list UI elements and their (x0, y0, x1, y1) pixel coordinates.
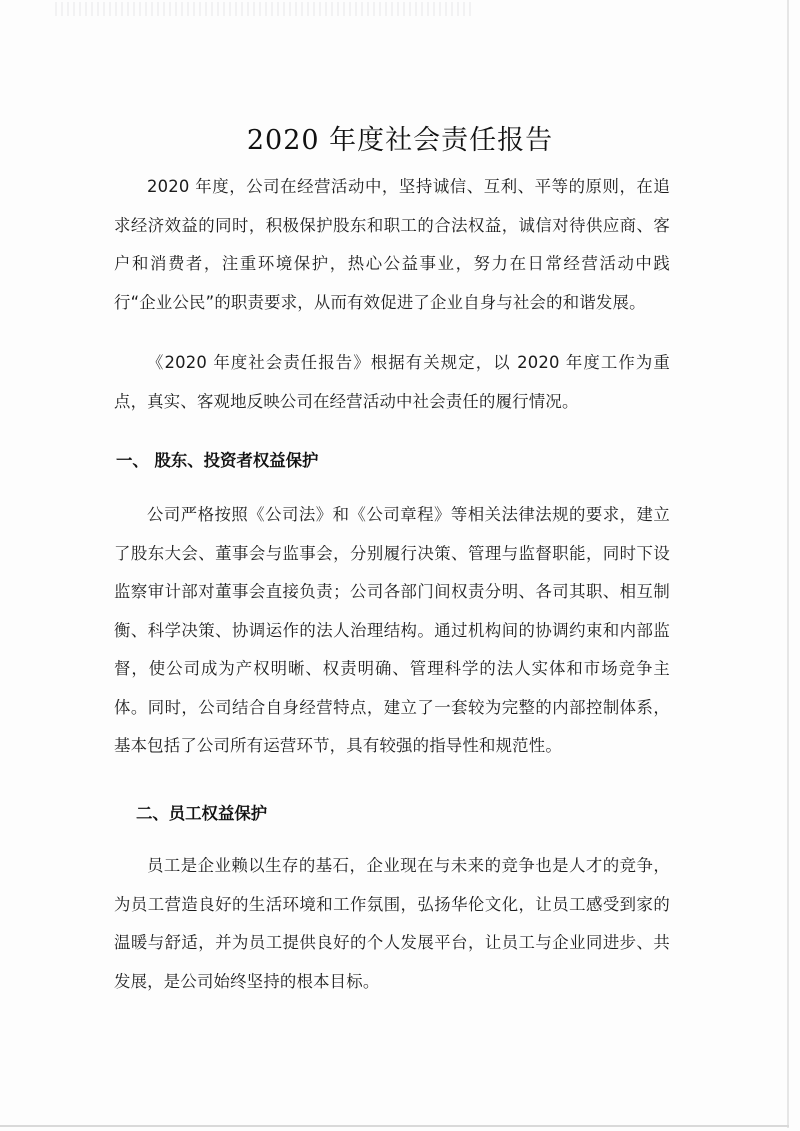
section-body-employees: 员工是企业赖以生存的基石，企业现在与未来的竞争也是人才的竞争，为员工营造良好的生… (114, 847, 670, 1001)
document-title: 2020 年度社会责任报告 (0, 118, 800, 157)
section-body-shareholders: 公司严格按照《公司法》和《公司章程》等相关法律法规的要求，建立了股东大会、董事会… (114, 496, 670, 766)
intro-paragraph: 2020 年度，公司在经营活动中，坚持诚信、互利、平等的原则，在追求经济效益的同… (114, 168, 670, 322)
page-edge-bottom (0, 1125, 789, 1127)
scan-artifact (55, 2, 475, 16)
section-heading-employees: 二、员工权益保护 (136, 800, 267, 824)
section-heading-shareholders: 一、 股东、投资者权益保护 (116, 447, 318, 471)
scope-paragraph: 《2020 年度社会责任报告》根据有关规定，以 2020 年度工作为重点，真实、… (114, 344, 670, 421)
document-page: 2020 年度社会责任报告 2020 年度，公司在经营活动中，坚持诚信、互利、平… (0, 0, 800, 1131)
page-edge-right (787, 0, 789, 1128)
